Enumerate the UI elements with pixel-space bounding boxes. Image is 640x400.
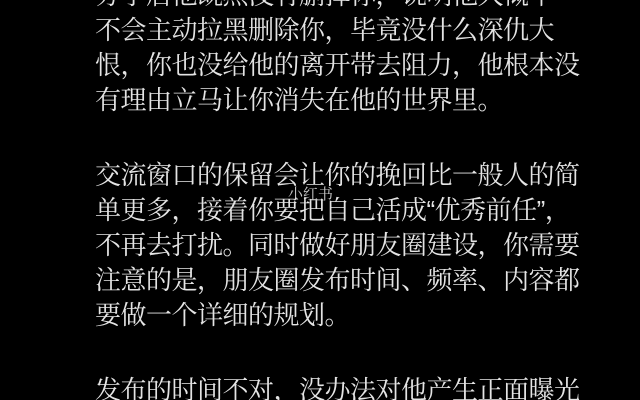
article-screenshot: 分手后他既然没有删掉你，说明他大概率 不会主动拉黑删除你，毕竟没什么深仇大 恨，… bbox=[0, 0, 640, 400]
text-line: 交流窗口的保留会让你的挽回比一般人的简 bbox=[95, 158, 635, 193]
text-line: 恨，你也没给他的离开带去阻力，他根本没 bbox=[95, 48, 635, 83]
article-text: 分手后他既然没有删掉你，说明他大概率 不会主动拉黑删除你，毕竟没什么深仇大 恨，… bbox=[95, 0, 635, 400]
text-line: 不会主动拉黑删除你，毕竟没什么深仇大 bbox=[95, 13, 635, 48]
text-line: 单更多，接着你要把自己活成“优秀前任”， bbox=[95, 193, 635, 228]
text-line: 注意的是，朋友圈发布时间、频率、内容都 bbox=[95, 263, 635, 298]
clipped-bottom-line: 发布的时间不对，没办法对他产生正面曝光 bbox=[95, 373, 635, 400]
paragraph-3: 发布的时间不对，没办法对他产生正面曝光 bbox=[95, 373, 635, 400]
xiaohongshu-watermark: 小红书 bbox=[288, 186, 333, 204]
text-line: 有理由立马让你消失在他的世界里。 bbox=[95, 83, 635, 118]
text-line: 要做一个详细的规划。 bbox=[95, 298, 635, 333]
text-line: 不再去打扰。同时做好朋友圈建设，你需要 bbox=[95, 228, 635, 263]
paragraph-2: 交流窗口的保留会让你的挽回比一般人的简 单更多，接着你要把自己活成“优秀前任”，… bbox=[95, 158, 635, 333]
clipped-top-line: 分手后他既然没有删掉你，说明他大概率 bbox=[95, 0, 635, 13]
paragraph-1: 分手后他既然没有删掉你，说明他大概率 不会主动拉黑删除你，毕竟没什么深仇大 恨，… bbox=[95, 0, 635, 118]
